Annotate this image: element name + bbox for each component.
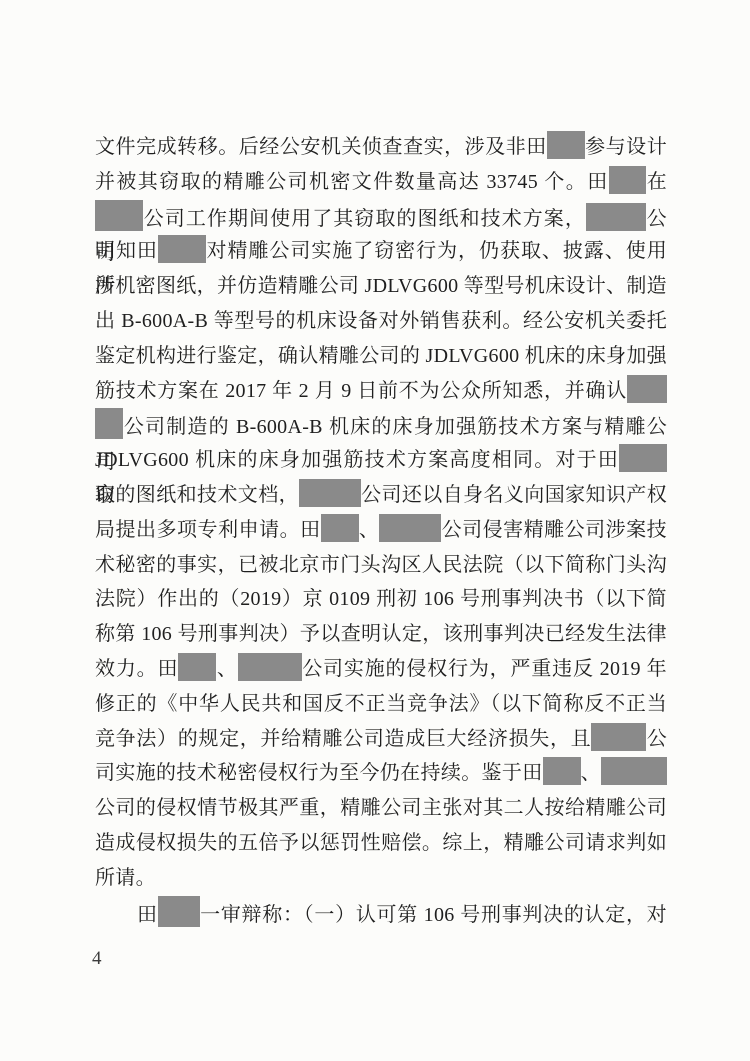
redaction-box bbox=[586, 203, 646, 231]
text-line: 竞争法）的规定，并给精雕公司造成巨大经济损失，且公 bbox=[95, 722, 667, 757]
redaction-box bbox=[299, 479, 361, 507]
text-line: 并被其窃取的精雕公司机密文件数量高达 33745 个。田在 bbox=[95, 165, 667, 200]
text-segment: 文件完成转移。后经公安机关侦查查实，涉及非田 bbox=[95, 136, 547, 158]
redaction-box bbox=[609, 166, 646, 194]
text-line: JDLVG600 机床的床身加强筋技术方案高度相同。对于田窃 bbox=[95, 443, 667, 478]
redaction-box bbox=[547, 131, 585, 159]
text-segment: 修正的《中华人民共和国反不正当竞争法》（以下简称反不正当 bbox=[95, 693, 667, 715]
text-segment: 局提出多项专利申请。田 bbox=[95, 519, 321, 541]
redaction-box bbox=[619, 444, 667, 472]
text-segment: 法院）作出的（2019）京 0109 刑初 106 号刑事判决书（以下简 bbox=[95, 588, 667, 610]
redaction-box bbox=[379, 514, 441, 542]
redaction-box bbox=[601, 757, 667, 785]
text-segment: 鉴定机构进行鉴定，确认精雕公司的 JDLVG600 机床的床身加强 bbox=[95, 345, 667, 367]
text-segment: 术秘密的事实，已被北京市门头沟区人民法院（以下简称门头沟 bbox=[95, 554, 667, 576]
text-segment: 公司实施的侵权行为，严重违反 2019 年 bbox=[302, 658, 667, 680]
text-line: 出 B-600A-B 等型号的机床设备对外销售获利。经公安机关委托 bbox=[95, 304, 667, 339]
text-segment: 效力。田 bbox=[95, 658, 178, 680]
text-line: 所请。 bbox=[95, 861, 667, 896]
judgment-body-text: 文件完成转移。后经公安机关侦查查实，涉及非田参与设计并被其窃取的精雕公司机密文件… bbox=[95, 130, 667, 930]
text-line: 涉机密图纸，并仿造精雕公司 JDLVG600 等型号机床设计、制造 bbox=[95, 269, 667, 304]
redaction-box bbox=[95, 408, 123, 439]
text-segment: 明知田 bbox=[95, 240, 158, 262]
text-segment: 、 bbox=[581, 762, 601, 784]
text-segment: 并被其窃取的精雕公司机密文件数量高达 33745 个。田 bbox=[95, 171, 609, 193]
text-segment: 造成侵权损失的五倍予以惩罚性赔偿。综上，精雕公司请求判如 bbox=[95, 832, 667, 854]
text-line: 司实施的技术秘密侵权行为至今仍在持续。鉴于田、 bbox=[95, 756, 667, 791]
text-segment: 司实施的技术秘密侵权行为至今仍在持续。鉴于田 bbox=[95, 762, 543, 784]
text-segment: 一审辩称：（一）认可第 106 号刑事判决的认定，对 bbox=[200, 904, 667, 926]
text-segment: 、 bbox=[216, 658, 237, 680]
text-segment: 田 bbox=[137, 904, 158, 926]
redaction-box bbox=[158, 235, 206, 263]
document-page: 文件完成转移。后经公安机关侦查查实，涉及非田参与设计并被其窃取的精雕公司机密文件… bbox=[0, 0, 750, 1061]
text-line: 田一审辩称：（一）认可第 106 号刑事判决的认定，对 bbox=[95, 896, 667, 931]
redaction-box bbox=[178, 653, 216, 681]
text-line: 筋技术方案在 2017 年 2 月 9 日前不为公众所知悉，并确认 bbox=[95, 374, 667, 409]
text-segment: 称第 106 号刑事判决）予以查明认定，该刑事判决已经发生法律 bbox=[95, 623, 667, 645]
text-segment: 参与设计 bbox=[585, 136, 667, 158]
text-line: 效力。田、公司实施的侵权行为，严重违反 2019 年 bbox=[95, 652, 667, 687]
text-line: 局提出多项专利申请。田、公司侵害精雕公司涉案技 bbox=[95, 513, 667, 548]
text-line: 取的图纸和技术文档，公司还以自身名义向国家知识产权 bbox=[95, 478, 667, 513]
text-segment: 所请。 bbox=[95, 867, 156, 889]
text-line: 法院）作出的（2019）京 0109 刑初 106 号刑事判决书（以下简 bbox=[95, 582, 667, 617]
text-segment: 取的图纸和技术文档， bbox=[95, 484, 299, 506]
redaction-box bbox=[238, 653, 302, 681]
text-line: 鉴定机构进行鉴定，确认精雕公司的 JDLVG600 机床的床身加强 bbox=[95, 339, 667, 374]
redaction-box bbox=[95, 200, 143, 231]
redaction-box bbox=[627, 375, 667, 403]
text-line: 公司制造的 B-600A-B 机床的床身加强筋技术方案与精雕公司 bbox=[95, 408, 667, 443]
text-line: 造成侵权损失的五倍予以惩罚性赔偿。综上，精雕公司请求判如 bbox=[95, 826, 667, 861]
redaction-box bbox=[591, 723, 646, 751]
redaction-box bbox=[543, 757, 581, 785]
text-line: 明知田对精雕公司实施了窃密行为，仍获取、披露、使用所 bbox=[95, 234, 667, 269]
page-number: 4 bbox=[92, 948, 102, 970]
text-line: 修正的《中华人民共和国反不正当竞争法》（以下简称反不正当 bbox=[95, 687, 667, 722]
text-segment: 、 bbox=[359, 519, 380, 541]
redaction-box bbox=[158, 896, 200, 927]
text-segment: 公司工作期间使用了其窃取的图纸和技术方案， bbox=[143, 208, 586, 230]
text-segment: 筋技术方案在 2017 年 2 月 9 日前不为公众所知悉，并确认 bbox=[95, 380, 627, 402]
text-line: 文件完成转移。后经公安机关侦查查实，涉及非田参与设计 bbox=[95, 130, 667, 165]
text-segment: 公司还以自身名义向国家知识产权 bbox=[361, 484, 667, 506]
text-segment: 公 bbox=[646, 728, 667, 750]
text-segment: 公司的侵权情节极其严重，精雕公司主张对其二人按给精雕公司 bbox=[95, 797, 667, 819]
text-segment: JDLVG600 机床的床身加强筋技术方案高度相同。对于田 bbox=[95, 449, 619, 471]
text-segment: 涉机密图纸，并仿造精雕公司 JDLVG600 等型号机床设计、制造 bbox=[95, 275, 667, 297]
text-line: 公司工作期间使用了其窃取的图纸和技术方案，公司 bbox=[95, 200, 667, 235]
text-line: 称第 106 号刑事判决）予以查明认定，该刑事判决已经发生法律 bbox=[95, 617, 667, 652]
redaction-box bbox=[321, 514, 359, 542]
text-segment: 公司侵害精雕公司涉案技 bbox=[441, 519, 667, 541]
text-segment: 出 B-600A-B 等型号的机床设备对外销售获利。经公安机关委托 bbox=[95, 310, 667, 332]
text-segment: 竞争法）的规定，并给精雕公司造成巨大经济损失，且 bbox=[95, 728, 591, 750]
text-line: 术秘密的事实，已被北京市门头沟区人民法院（以下简称门头沟 bbox=[95, 548, 667, 583]
text-segment: 在 bbox=[646, 171, 667, 193]
text-line: 公司的侵权情节极其严重，精雕公司主张对其二人按给精雕公司 bbox=[95, 791, 667, 826]
